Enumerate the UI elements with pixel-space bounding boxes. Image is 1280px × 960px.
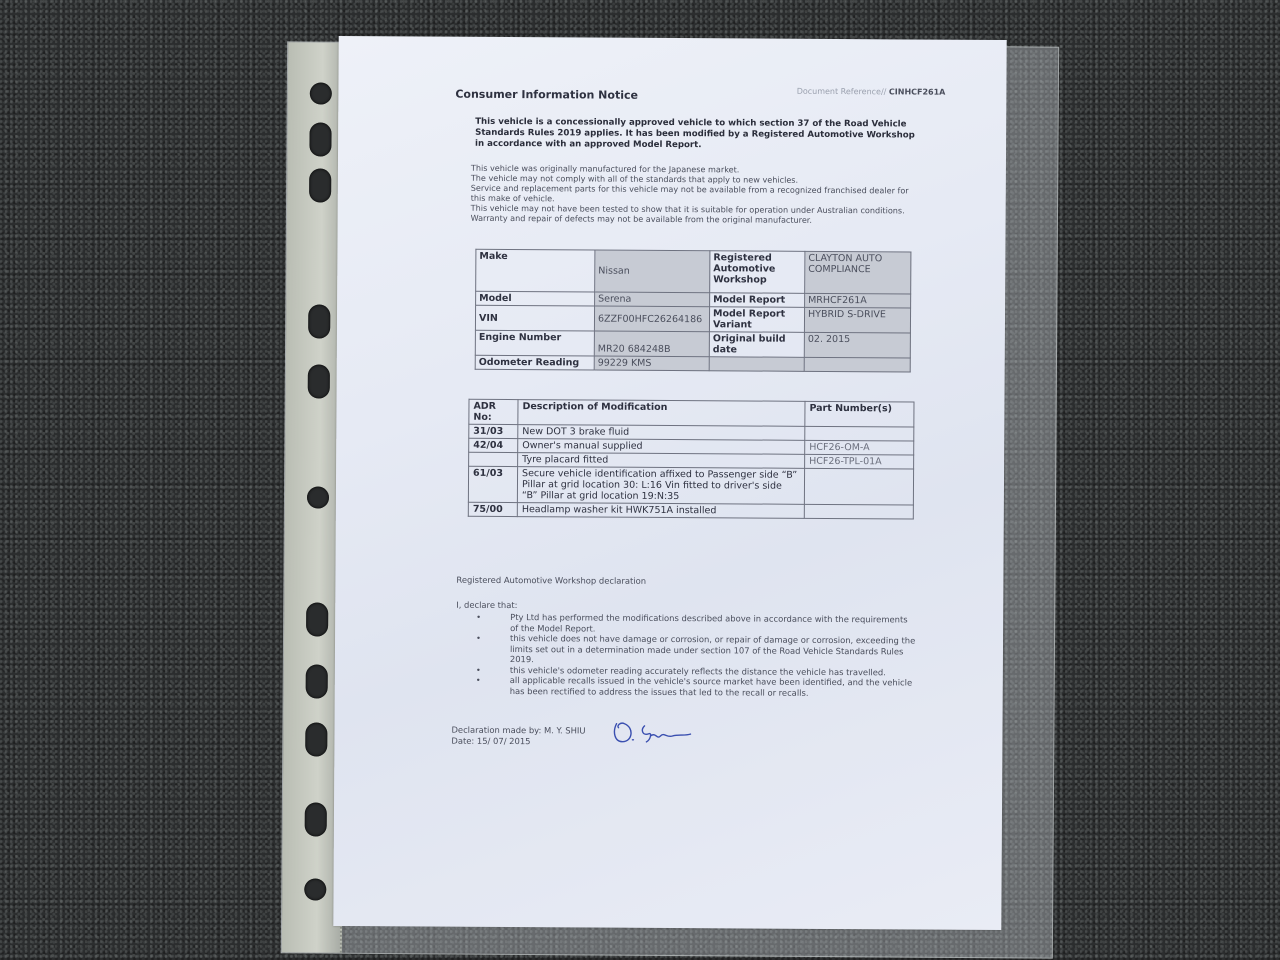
punch-hole bbox=[308, 304, 330, 338]
document-header: Consumer Information Notice Document Ref… bbox=[455, 83, 925, 105]
declaration-signoff: Declaration made by: M. Y. SHIU Date: 15… bbox=[451, 725, 585, 748]
table-row: Engine Number MR20 684248B Original buil… bbox=[475, 330, 910, 358]
table-row: Odometer Reading 99229 KMS bbox=[475, 355, 910, 372]
punch-hole bbox=[304, 878, 326, 900]
punch-hole bbox=[305, 722, 327, 756]
document-reference: Document Reference// CINHCF261A bbox=[797, 87, 946, 97]
intro-statement: This vehicle is a concessionally approve… bbox=[475, 117, 915, 153]
declaration-intro: I, declare that: bbox=[456, 600, 517, 610]
notice: Service and replacement parts for this v… bbox=[471, 183, 919, 206]
vehicle-details-table: Make Nissan Registered Automotive Worksh… bbox=[475, 249, 912, 373]
punch-hole bbox=[310, 82, 332, 104]
punch-hole bbox=[309, 168, 331, 202]
punch-hole bbox=[305, 802, 327, 836]
declaration-item: Pty Ltd has performed the modifications … bbox=[456, 612, 916, 636]
declaration-item: all applicable recalls issued in the veh… bbox=[456, 675, 916, 699]
declaration-list: Pty Ltd has performed the modifications … bbox=[456, 612, 917, 699]
table-row: 75/00 Headlamp washer kit HWK751A instal… bbox=[468, 502, 913, 519]
declaration-date: Date: 15/ 07/ 2015 bbox=[451, 736, 585, 748]
modifications-table: ADR No: Description of Modification Part… bbox=[468, 399, 915, 520]
punch-hole bbox=[309, 122, 331, 156]
notices: This vehicle was originally manufactured… bbox=[471, 163, 919, 226]
punch-hole bbox=[308, 364, 330, 398]
document-title: Consumer Information Notice bbox=[455, 88, 638, 102]
punch-hole bbox=[306, 602, 328, 636]
declaration-title: Registered Automotive Workshop declarati… bbox=[456, 575, 646, 586]
punch-hole bbox=[306, 664, 328, 698]
signature-icon bbox=[610, 718, 700, 749]
punch-hole bbox=[307, 486, 329, 508]
table-row: Make Nissan Registered Automotive Worksh… bbox=[476, 249, 911, 294]
table-row: VIN 6ZZF00HFC26264186 Model Report Varia… bbox=[475, 305, 910, 333]
table-row: 61/03 Secure vehicle identification affi… bbox=[468, 466, 913, 505]
table-header-row: ADR No: Description of Modification Part… bbox=[469, 399, 914, 427]
declared-by: Declaration made by: M. Y. SHIU bbox=[451, 725, 585, 737]
consumer-information-notice: Consumer Information Notice Document Ref… bbox=[333, 36, 1006, 930]
declaration-item: this vehicle does not have damage or cor… bbox=[456, 633, 916, 667]
